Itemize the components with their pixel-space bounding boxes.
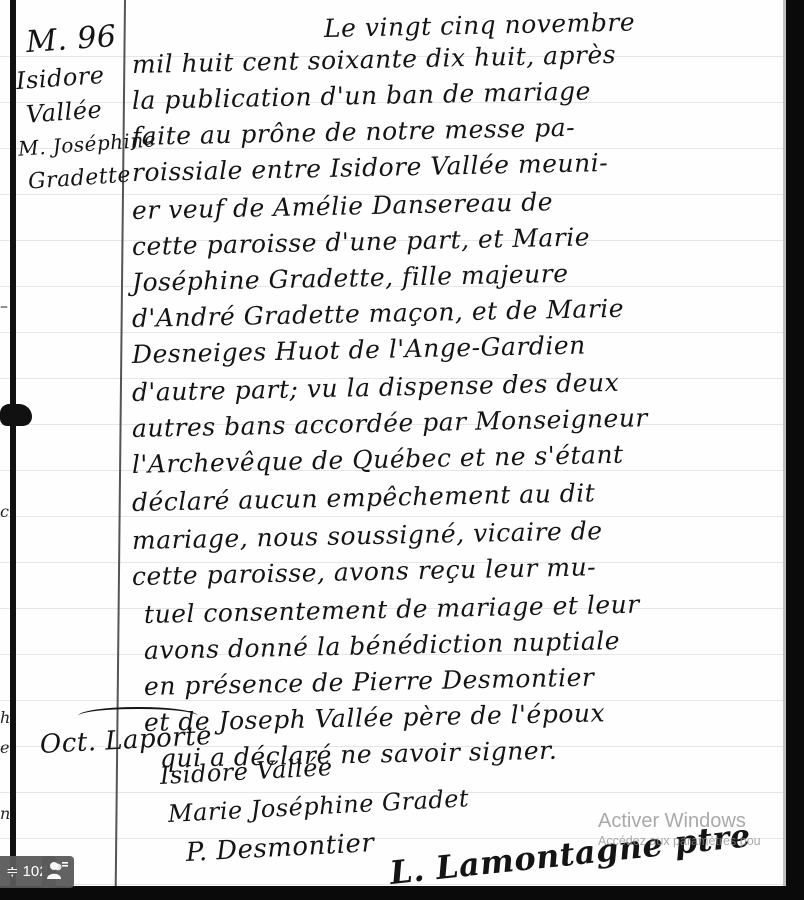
windows-activation-watermark: Activer Windows Accédez aux paramètres p… xyxy=(598,810,761,850)
watermark-subtitle: Accédez aux paramètres pou xyxy=(598,832,761,850)
scanned-register-page: – c h e n M. 96 Isidore Vallée M. Joséph… xyxy=(0,0,786,886)
entry-number: M. 96 xyxy=(25,19,118,60)
ink-blot xyxy=(0,404,32,426)
edge-mark: h xyxy=(0,708,10,727)
scan-edge-right xyxy=(786,0,804,900)
edge-mark: n xyxy=(0,804,10,823)
image-viewer: – c h e n M. 96 Isidore Vallée M. Joséph… xyxy=(0,0,804,900)
edge-mark: c xyxy=(0,502,9,521)
person-list-icon xyxy=(47,860,69,885)
binding-line xyxy=(10,0,16,886)
watermark-title: Activer Windows xyxy=(598,810,761,832)
person-list-button[interactable] xyxy=(42,856,74,888)
margin-groom-last-name: Vallée xyxy=(25,95,103,128)
edge-mark: e xyxy=(0,738,9,757)
scan-edge-bottom xyxy=(0,886,804,900)
page-prefix-glyph: ≑ xyxy=(6,856,19,888)
edge-mark: – xyxy=(0,296,8,315)
